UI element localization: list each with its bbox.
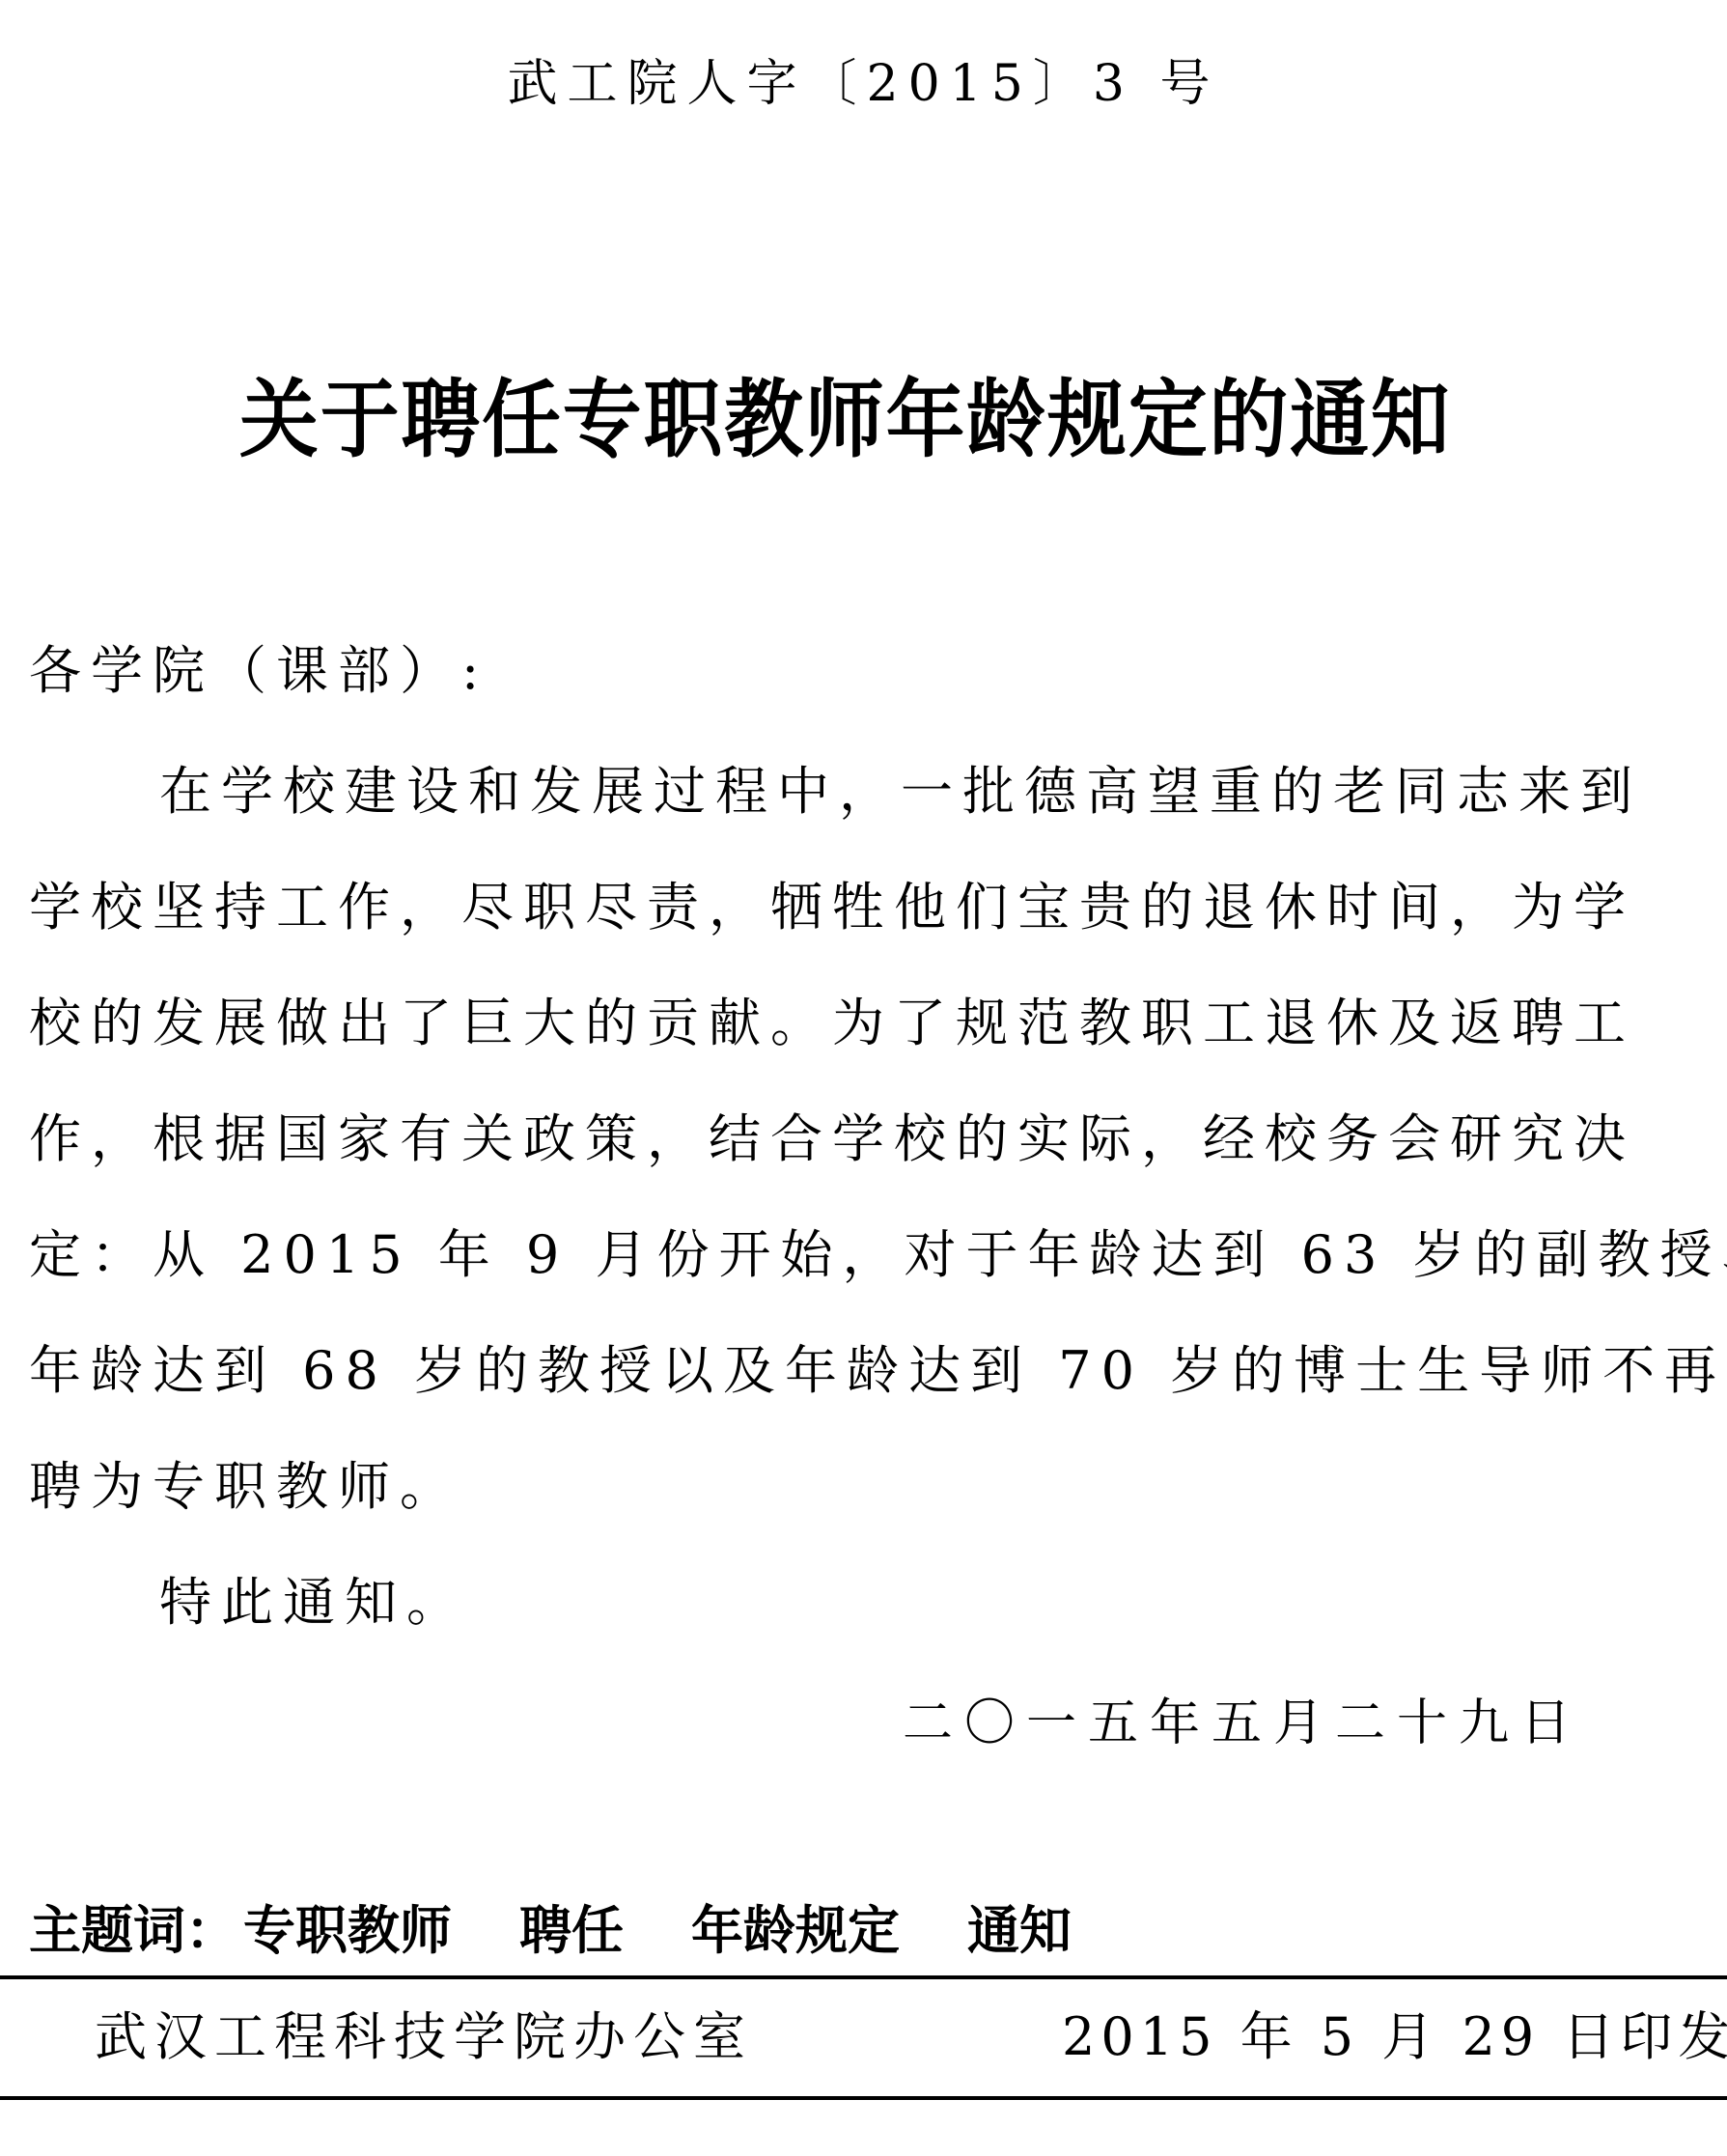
keywords-label: 主题词：: [29, 1900, 237, 1961]
body-line: 定：从 2015 年 9 月份开始，对于年龄达到 63 岁的副教授、: [29, 1221, 1727, 1289]
body-line: 聘为专职教师。: [29, 1453, 461, 1521]
body-line: 在学校建设和发展过程中，一批德高望重的老同志来到: [159, 758, 1642, 826]
document-number: 武工院人字〔2015〕3 号: [0, 50, 1727, 118]
issuing-office: 武汉工程科技学院办公室: [95, 2003, 753, 2071]
body-line: 学校坚持工作，尽职尽责，牺牲他们宝贵的退休时间，为学: [29, 874, 1635, 941]
divider-bottom: [0, 2096, 1727, 2100]
body-line: 作，根据国家有关政策，结合学校的实际，经校务会研究决: [29, 1106, 1635, 1173]
keyword: 专职教师: [243, 1900, 452, 1961]
document-title: 关于聘任专职教师年龄规定的通知: [239, 367, 1452, 473]
print-date: 2015 年 5 月 29 日印发: [1062, 2003, 1727, 2071]
keyword: 年龄规定: [691, 1900, 900, 1961]
body-line: 校的发展做出了巨大的贡献。为了规范教职工退休及返聘工: [29, 990, 1635, 1057]
keyword: 通知: [967, 1900, 1072, 1961]
divider-top: [0, 1975, 1727, 1979]
keywords-row: 主题词：专职教师聘任年龄规定通知: [29, 1897, 1072, 1965]
keyword: 聘任: [519, 1900, 624, 1961]
signature-date: 二〇一五年五月二十九日: [903, 1690, 1582, 1757]
closing-remark: 特此通知。: [159, 1569, 468, 1637]
body-line: 年龄达到 68 岁的教授以及年龄达到 70 岁的博士生导师不再: [29, 1337, 1726, 1405]
salutation: 各学院（课部）:: [29, 637, 488, 705]
